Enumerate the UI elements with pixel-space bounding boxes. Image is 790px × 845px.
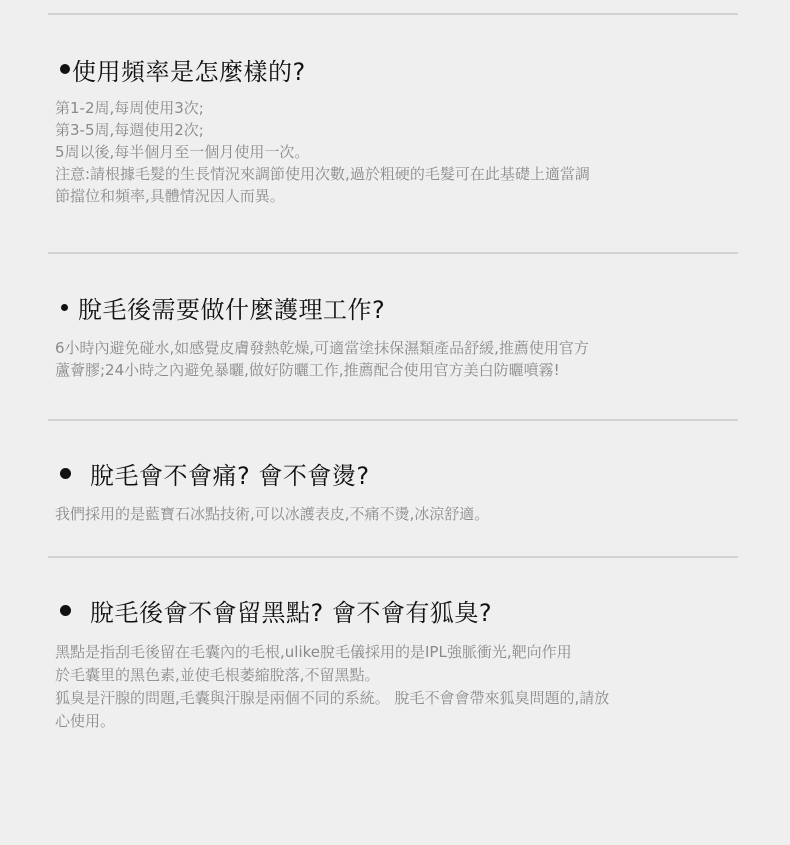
- faq-question-row: 脫毛後會不會留黑點? 會不會有狐臭?: [55, 594, 745, 626]
- faq-question: 脫毛後需要做什麼護理工作?: [78, 290, 385, 325]
- faq-question: 使用頻率是怎麼樣的?: [72, 52, 306, 87]
- faq-question-row: 脫毛會不會痛? 會不會燙?: [55, 457, 745, 489]
- faq-answer: 我們採用的是藍寶石冰點技術,可以冰護表皮,不痛不燙,冰涼舒適。: [55, 503, 745, 525]
- bullet-dot-icon: [61, 304, 68, 311]
- faq-answer: 6小時內避免碰水,如感覺皮膚發熱乾燥,可適當塗抹保濕類產品舒緩,推薦使用官方 蘆…: [55, 337, 745, 381]
- faq-question: 脫毛會不會痛? 會不會燙?: [90, 456, 370, 491]
- divider-top: [48, 13, 738, 15]
- answer-line: 蘆薈膠;24小時之內避免暴曬,做好防曬工作,推薦配合使用官方美白防曬噴霧!: [55, 359, 745, 381]
- answer-line: 6小時內避免碰水,如感覺皮膚發熱乾燥,可適當塗抹保濕類產品舒緩,推薦使用官方: [55, 337, 745, 359]
- bullet-dot-icon: [60, 64, 70, 74]
- divider-3: [48, 556, 738, 558]
- answer-line: 黑點是指刮毛後留在毛囊內的毛根,ulike脫毛儀採用的是IPL強脈衝光,靶向作用: [55, 641, 745, 664]
- faq-item-usage-frequency: 使用頻率是怎麼樣的? 第1-2周,每周使用3次; 第3-5周,每週使用2次; 5…: [55, 53, 745, 207]
- answer-line: 注意:請根據毛髮的生長情況來調節使用次數,過於粗硬的毛髮可在此基礎上適當調: [55, 163, 745, 185]
- answer-line: 節擋位和頻率,具體情況因人而異。: [55, 185, 745, 207]
- faq-question-row: 脫毛後需要做什麼護理工作?: [55, 291, 745, 323]
- faq-item-aftercare: 脫毛後需要做什麼護理工作? 6小時內避免碰水,如感覺皮膚發熱乾燥,可適當塗抹保濕…: [55, 291, 745, 381]
- answer-line: 第1-2周,每周使用3次;: [55, 97, 745, 119]
- answer-line: 第3-5周,每週使用2次;: [55, 119, 745, 141]
- faq-question: 脫毛後會不會留黑點? 會不會有狐臭?: [90, 593, 492, 628]
- faq-answer: 黑點是指刮毛後留在毛囊內的毛根,ulike脫毛儀採用的是IPL強脈衝光,靶向作用…: [55, 641, 745, 733]
- divider-1: [48, 252, 738, 254]
- divider-2: [48, 419, 738, 421]
- faq-question-row: 使用頻率是怎麼樣的?: [55, 53, 745, 85]
- faq-item-black-spots-odor: 脫毛後會不會留黑點? 會不會有狐臭? 黑點是指刮毛後留在毛囊內的毛根,ulike…: [55, 594, 745, 733]
- bullet-dot-icon: [60, 468, 71, 479]
- answer-line: 狐臭是汗腺的問題,毛囊與汗腺是兩個不同的系統。 脫毛不會會帶來狐臭問題的,請放: [55, 687, 745, 710]
- answer-line: 我們採用的是藍寶石冰點技術,可以冰護表皮,不痛不燙,冰涼舒適。: [55, 503, 745, 525]
- faq-item-pain-heat: 脫毛會不會痛? 會不會燙? 我們採用的是藍寶石冰點技術,可以冰護表皮,不痛不燙,…: [55, 457, 745, 525]
- faq-answer: 第1-2周,每周使用3次; 第3-5周,每週使用2次; 5周以後,每半個月至一個…: [55, 97, 745, 207]
- bullet-dot-icon: [60, 605, 71, 616]
- answer-line: 心使用。: [55, 710, 745, 733]
- answer-line: 5周以後,每半個月至一個月使用一次。: [55, 141, 745, 163]
- answer-line: 於毛囊里的黑色素,並使毛根萎縮脫落,不留黑點。: [55, 664, 745, 687]
